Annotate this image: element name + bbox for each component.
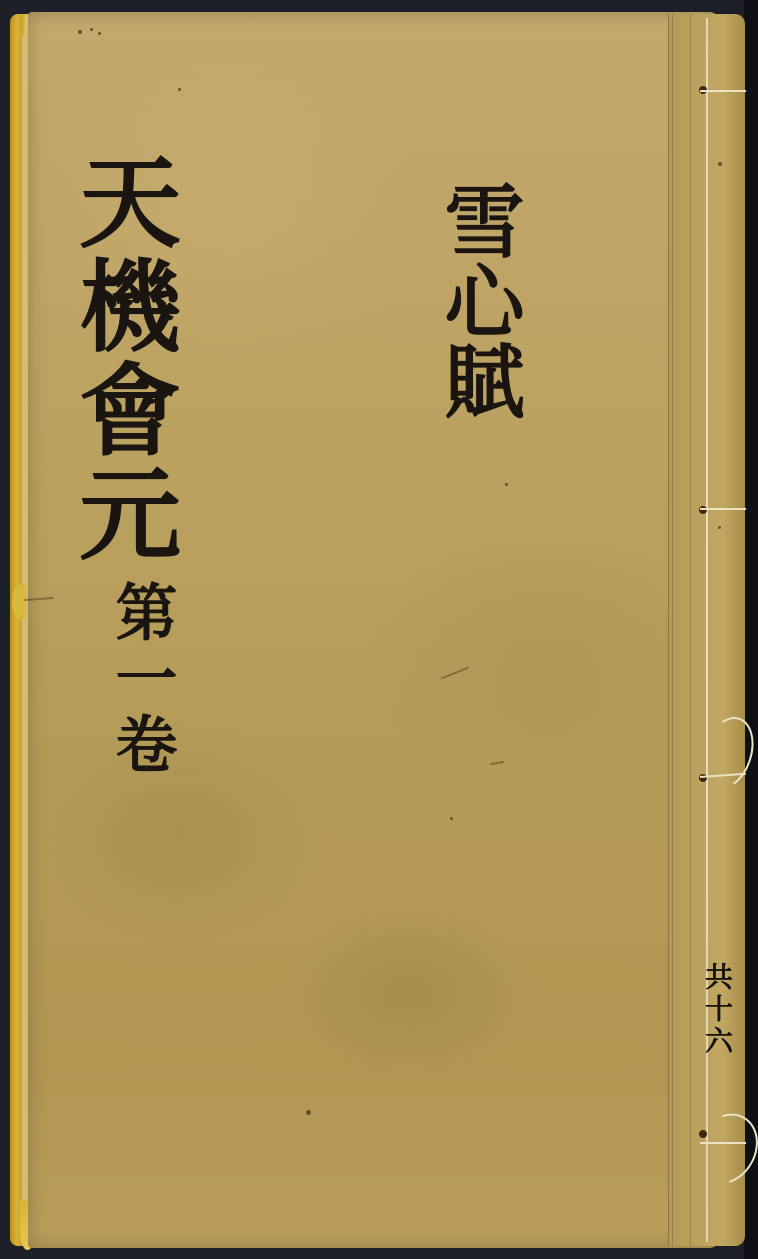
paper-speck	[98, 32, 101, 35]
paper-speck	[78, 30, 82, 34]
book-photo: 天機會元 第一卷 雪心賦 共十六	[0, 0, 758, 1259]
paper-speck	[505, 483, 508, 486]
paper-speck	[718, 526, 721, 529]
book-title: 天機會元	[71, 150, 173, 566]
paper-speck	[306, 1110, 311, 1115]
binding-thread-wrap	[700, 90, 746, 92]
crease-line	[672, 14, 673, 1246]
paper-speck	[450, 817, 453, 820]
binding-thread	[706, 18, 708, 1242]
book-subtitle: 雪心賦	[438, 180, 518, 420]
set-count-label: 共十六	[703, 962, 731, 1058]
volume-label: 第一卷	[110, 580, 172, 778]
paper-speck	[178, 88, 181, 91]
crease-line	[690, 14, 691, 1246]
paper-speck	[90, 28, 93, 31]
paper-speck	[718, 162, 722, 166]
torn-corner	[12, 585, 26, 619]
background-strip	[744, 0, 758, 1259]
binding-thread-wrap	[700, 508, 746, 510]
